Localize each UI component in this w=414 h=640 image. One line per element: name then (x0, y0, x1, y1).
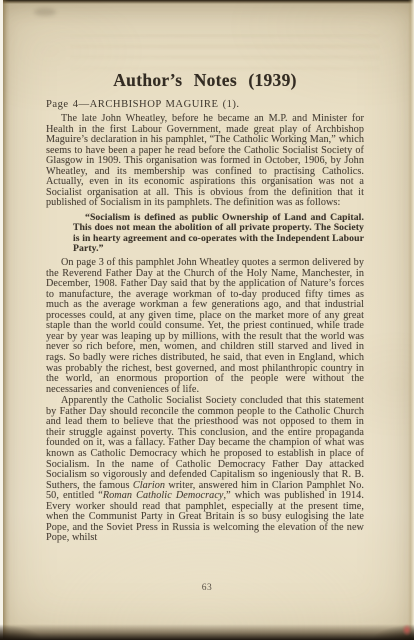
page-edge-right (408, 0, 414, 640)
page-edge-left-margin (0, 0, 3, 640)
page-edge-bottom (0, 624, 414, 640)
paragraph-segment-italic: Clarion (133, 480, 165, 491)
paragraph-segment-italic: Roman Catholic Democracy (103, 490, 224, 501)
pencil-smudge (34, 8, 56, 16)
page-number: 63 (0, 583, 414, 593)
paragraph-3: Apparently the Catholic Socialist Societ… (46, 396, 364, 544)
paragraph-1: The late John Wheatley, before he became… (46, 114, 364, 209)
quote-block: “Socialism is defined as public Ownershi… (73, 213, 364, 254)
page-edge-left-shadow (3, 0, 10, 640)
scanned-book-page: Author’s Notes (1939) Page 4—ARCHBISHOP … (0, 0, 414, 640)
page-title: Author’s Notes (1939) (46, 70, 364, 90)
reverse-side-showthrough (70, 34, 380, 74)
page-edge-top (0, 0, 414, 4)
paragraph-segment: Apparently the Catholic Socialist Societ… (46, 395, 364, 490)
paragraph-2: On page 3 of this pamphlet John Wheatley… (46, 258, 364, 395)
page-content: Author’s Notes (1939) Page 4—ARCHBISHOP … (46, 70, 364, 544)
section-heading: Page 4—ARCHBISHOP MAGUIRE (1). (46, 98, 364, 111)
red-ink-mark (402, 624, 412, 636)
